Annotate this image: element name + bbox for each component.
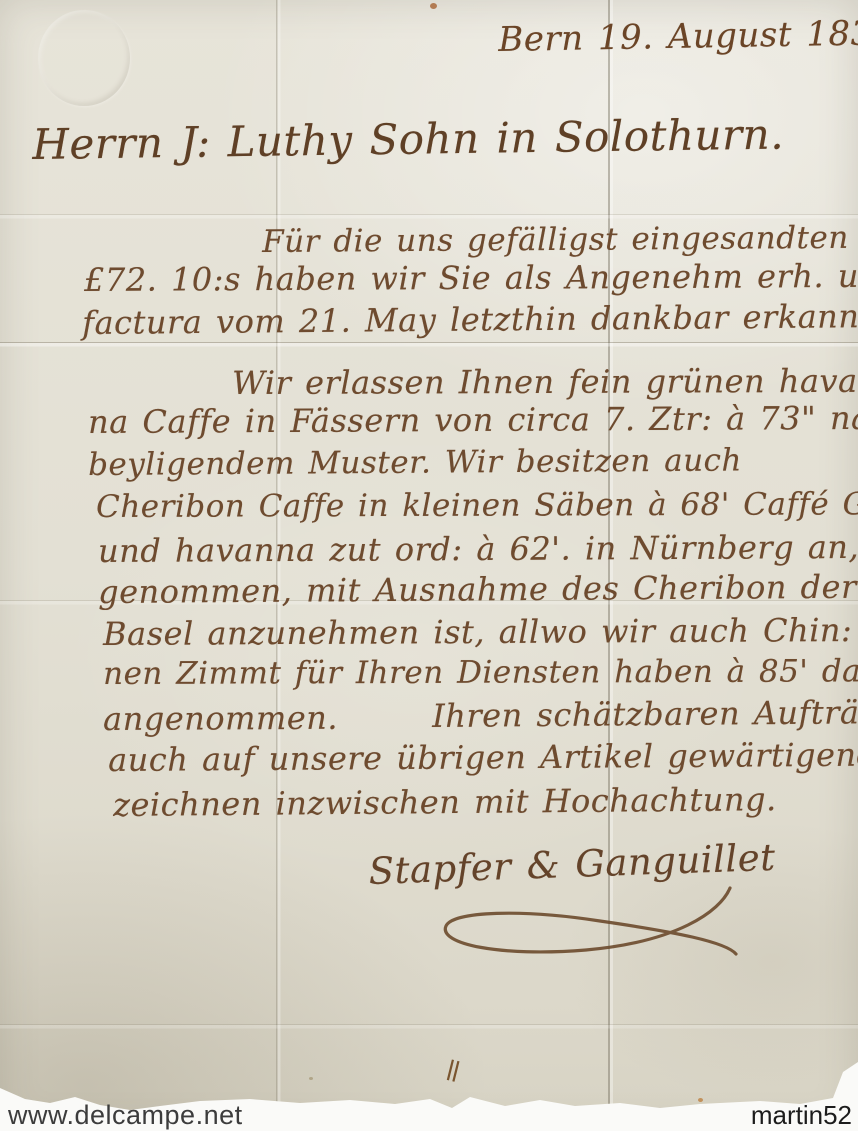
- body-line: na Caffe in Fässern von circa 7. Ztr: à …: [88, 399, 858, 441]
- fold-line-horizontal-4: [0, 1024, 858, 1029]
- letter-scan: Bern 19. August 1835. Herrn J: Luthy Soh…: [0, 0, 858, 1131]
- body-line: nen Zimmt für Ihren Diensten haben à 85'…: [103, 653, 858, 692]
- body-line: Wir erlassen Ihnen fein grünen havan,: [232, 362, 858, 402]
- body-line: Für die uns gefälligst eingesandten: [262, 220, 849, 260]
- embossed-seal: [38, 10, 130, 106]
- letter-dateline: Bern 19. August 1835.: [498, 13, 858, 60]
- ink-speck: [309, 1077, 313, 1080]
- body-line: beyligendem Muster. Wir besitzen auch: [88, 442, 742, 483]
- body-line: Cheribon Caffe in kleinen Säben à 68' Ca…: [96, 486, 858, 525]
- body-line: Ihren schätzbaren Aufträgen: [432, 693, 858, 735]
- body-line: und havanna zut ord: à 62'. in Nürnberg …: [98, 528, 858, 570]
- fold-line-horizontal-2: [0, 342, 858, 347]
- body-line: auch auf unsere übrigen Artikel gewärtig…: [108, 736, 858, 779]
- ink-speck: [698, 1098, 703, 1102]
- body-line: Basel anzunehmen ist, allwo wir auch Chi…: [103, 611, 858, 653]
- fold-line-horizontal-1: [0, 214, 858, 219]
- body-line: genommen, mit Ausnahme des Cheribon der …: [98, 567, 858, 611]
- body-line: zeichnen inzwischen mit Hochachtung.: [113, 780, 777, 824]
- body-line: angenommen.: [103, 699, 338, 738]
- ink-speck: [430, 3, 437, 9]
- signature-flourish: [428, 882, 744, 974]
- body-line: £72. 10:s haben wir Sie als Angenehm erh…: [84, 256, 858, 299]
- ink-mark: ||: [444, 1055, 461, 1082]
- letter-address-line: Herrn J: Luthy Sohn in Solothurn.: [32, 110, 784, 169]
- watermark-delcampe: www.delcampe.net: [8, 1100, 243, 1131]
- watermark-martin52: martin52: [751, 1100, 852, 1131]
- letter-paper: Bern 19. August 1835. Herrn J: Luthy Soh…: [0, 0, 858, 1131]
- body-line: factura vom 21. May letzthin dankbar erk…: [82, 297, 858, 342]
